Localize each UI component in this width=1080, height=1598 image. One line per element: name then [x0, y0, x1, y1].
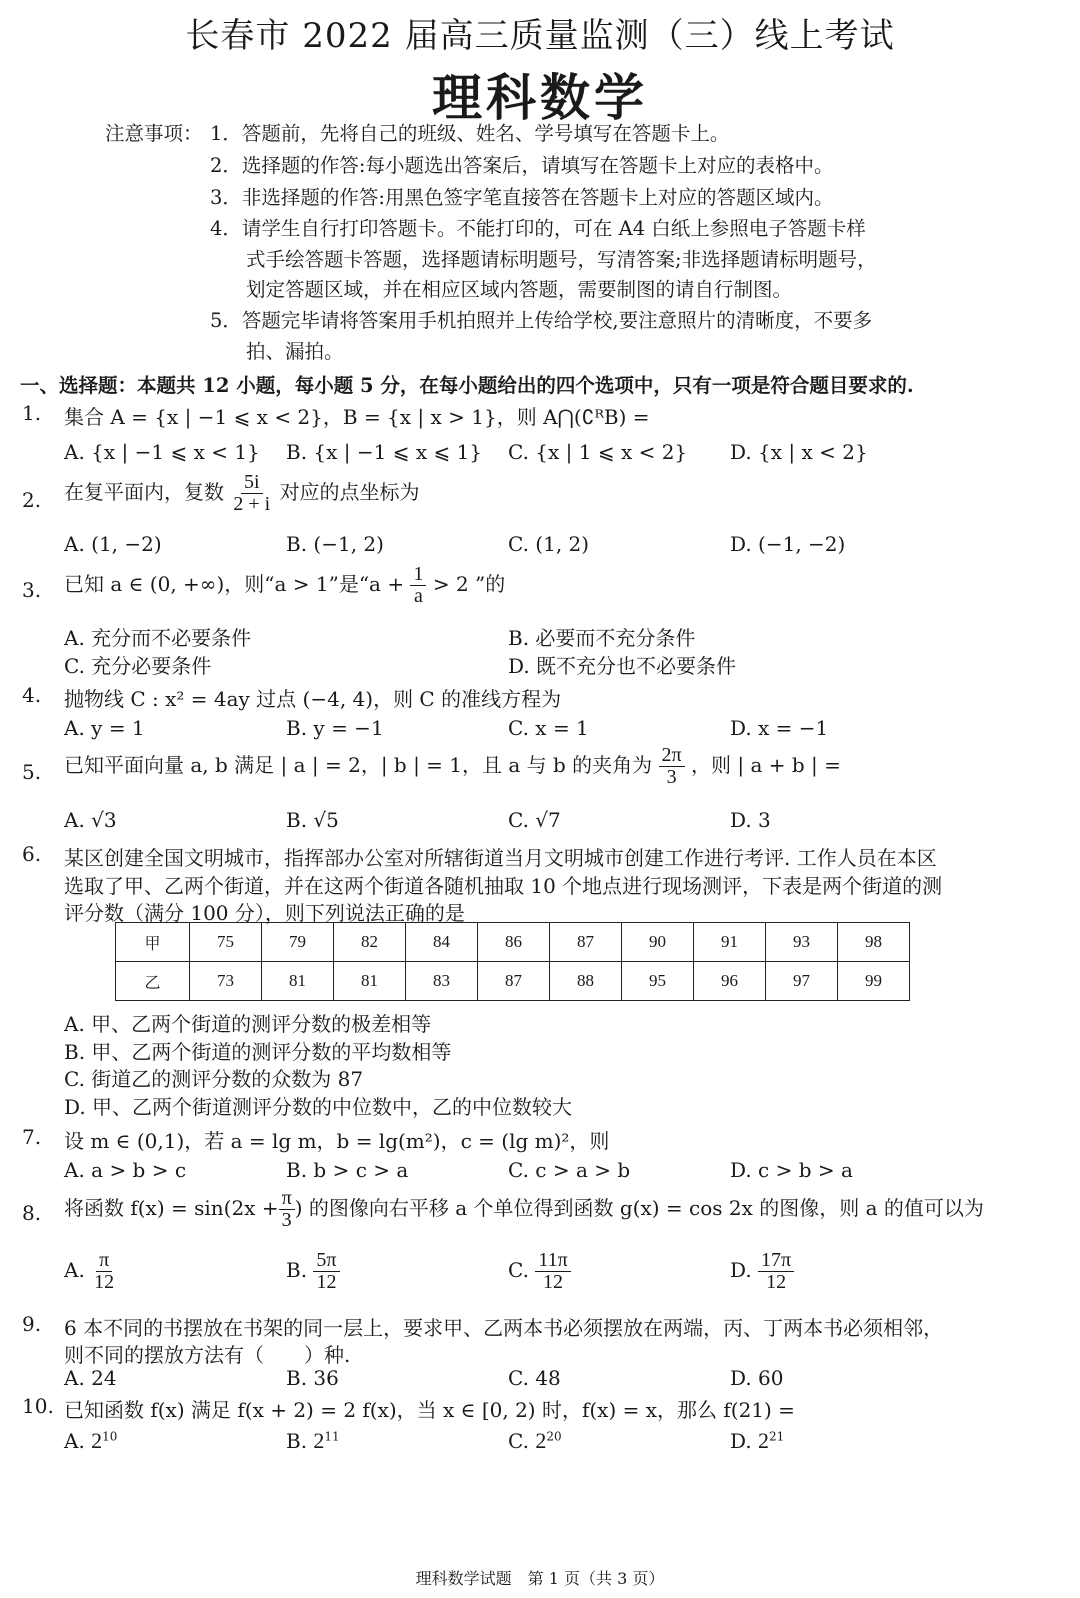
exam-title: 长春市 2022 届高三质量监测（三）线上考试	[0, 8, 1080, 57]
option-b[interactable]: B. b > c > a	[286, 1158, 408, 1182]
option-d[interactable]: D. 既不充分也不必要条件	[508, 650, 736, 679]
row-label: 乙	[116, 962, 190, 1001]
table-cell: 81	[334, 962, 406, 1001]
power-base: 2	[313, 1428, 324, 1453]
option-letter: D.	[730, 1429, 752, 1453]
question-stem-line: 6 本不同的书摆放在书架的同一层上，要求甲、乙两本书必须摆放在两端，丙、丁两本书…	[64, 1312, 943, 1341]
fraction-denominator: 2 + i	[230, 494, 273, 515]
table-cell: 90	[622, 923, 694, 962]
notice-item-4-cont-2: 划定答题区域，并在相应区域内答题，需要制图的请自行制图。	[246, 274, 792, 302]
option-d[interactable]: D. 221	[730, 1428, 784, 1454]
option-a[interactable]: A. 210	[64, 1428, 117, 1454]
question-stem: 已知 a ∈ (0, +∞)，则“a > 1”是“a + 1a > 2 ”的	[64, 564, 505, 607]
option-a[interactable]: A. 充分而不必要条件	[64, 622, 251, 651]
notice-item-4: 4．请学生自行打印答题卡。不能打印的，可在 A4 白纸上参照电子答题卡样	[210, 213, 866, 241]
table-cell: 96	[694, 962, 766, 1001]
option-c[interactable]: C. {x | 1 ⩽ x < 2}	[508, 440, 687, 464]
question-number: 3.	[22, 578, 41, 602]
table-cell: 75	[190, 923, 262, 962]
option-c[interactable]: C. 充分必要条件	[64, 650, 211, 679]
power-exponent: 20	[546, 1429, 561, 1443]
table-cell: 93	[766, 923, 838, 962]
stem-text: 将函数 f(x) = sin(2x +	[64, 1196, 279, 1220]
fraction-numerator: 11π	[535, 1250, 570, 1272]
stem-text: 对应的点坐标为	[280, 480, 420, 504]
option-a[interactable]: A. 24	[64, 1366, 117, 1390]
table-cell: 99	[838, 962, 910, 1001]
notice-item-1: 1．答题前，先将自己的班级、姓名、学号填写在答题卡上。	[210, 118, 729, 146]
stem-text: ，则 | a + b | =	[691, 753, 841, 777]
question-number: 6.	[22, 842, 41, 866]
power-exponent: 10	[102, 1429, 117, 1443]
table-cell: 88	[550, 962, 622, 1001]
question-number: 1.	[22, 401, 41, 425]
notice-item-5-cont: 拍、漏拍。	[246, 336, 344, 364]
option-c[interactable]: C. 48	[508, 1366, 561, 1390]
option-letter: B.	[286, 1429, 307, 1453]
table-cell: 98	[838, 923, 910, 962]
notice-item-4-cont-1: 式手绘答题卡答题，选择题请标明题号，写清答案;非选择题请标明题号，	[246, 244, 877, 272]
option-letter: D.	[730, 1258, 752, 1282]
option-b[interactable]: B. 211	[286, 1428, 340, 1454]
option-c[interactable]: C. (1, 2)	[508, 532, 589, 556]
question-stem: 设 m ∈ (0,1)，若 a = lg m，b = lg(m²)，c = (l…	[64, 1125, 609, 1154]
table-cell: 87	[478, 962, 550, 1001]
power-exponent: 11	[324, 1429, 339, 1443]
question-number: 8.	[22, 1201, 41, 1225]
question-stem: 已知平面向量 a, b 满足 | a | = 2，| b | = 1，且 a 与…	[64, 745, 841, 788]
question-stem: 抛物线 C : x² = 4ay 过点 (−4, 4)，则 C 的准线方程为	[64, 683, 561, 712]
fraction-numerator: 5i	[241, 472, 263, 494]
fraction: 17π12	[758, 1250, 794, 1293]
fraction-denominator: 12	[313, 1272, 339, 1293]
table-cell: 84	[406, 923, 478, 962]
option-d[interactable]: D. (−1, −2)	[730, 532, 845, 556]
question-number: 2.	[22, 488, 41, 512]
option-c[interactable]: C. √7	[508, 808, 561, 832]
table-cell: 82	[334, 923, 406, 962]
option-b[interactable]: B. √5	[286, 808, 339, 832]
notice-label: 注意事项：	[105, 118, 203, 146]
notice-item-2: 2．选择题的作答:每小题选出答案后，请填写在答题卡上对应的表格中。	[210, 150, 833, 178]
option-d[interactable]: D. 60	[730, 1366, 784, 1390]
fraction-numerator: 5π	[313, 1250, 339, 1272]
option-c[interactable]: C. 11π12	[508, 1250, 571, 1293]
option-d[interactable]: D. 甲、乙两个街道测评分数的中位数中，乙的中位数较大	[64, 1091, 572, 1120]
fraction-denominator: 12	[91, 1272, 117, 1293]
table-row: 乙 73 81 81 83 87 88 95 96 97 99	[116, 962, 910, 1001]
question-number: 5.	[22, 760, 41, 784]
power-base: 2	[535, 1428, 546, 1453]
question-number: 10.	[22, 1394, 54, 1418]
option-b[interactable]: B. 必要而不充分条件	[508, 622, 695, 651]
question-number: 4.	[22, 683, 41, 707]
option-d[interactable]: D. 3	[730, 808, 771, 832]
option-d[interactable]: D. x = −1	[730, 716, 828, 740]
option-a[interactable]: A. (1, −2)	[64, 532, 162, 556]
fraction: 5π12	[313, 1250, 339, 1293]
question-stem-line: 选取了甲、乙两个街道，并在这两个街道各随机抽取 10 个地点进行现场测评，下表是…	[64, 870, 942, 899]
table-cell: 86	[478, 923, 550, 962]
question-stem: 已知函数 f(x) 满足 f(x + 2) = 2 f(x)，当 x ∈ [0,…	[64, 1394, 795, 1423]
option-letter: C.	[508, 1429, 529, 1453]
option-b[interactable]: B. 5π12	[286, 1250, 340, 1293]
option-letter: A.	[64, 1258, 85, 1282]
table-cell: 87	[550, 923, 622, 962]
stem-text: > 2 ”的	[433, 572, 505, 596]
question-stem-line: 某区创建全国文明城市，指挥部办公室对所辖街道当月文明城市创建工作进行考评. 工作…	[64, 842, 937, 871]
option-d[interactable]: D. {x | x < 2}	[730, 440, 868, 464]
option-letter: C.	[508, 1258, 529, 1282]
option-a[interactable]: A. 甲、乙两个街道的测评分数的极差相等	[64, 1008, 431, 1037]
notice-item-3: 3．非选择题的作答:用黑色签字笔直接答在答题卡上对应的答题区域内。	[210, 182, 833, 210]
question-stem-line: 则不同的摆放方法有（ ）种.	[64, 1339, 350, 1368]
option-a[interactable]: A. y = 1	[64, 716, 145, 740]
fraction-numerator: 2π	[659, 745, 685, 767]
stem-text: ) 的图像向右平移 a 个单位得到函数 g(x) = cos 2x 的图像，则 …	[295, 1196, 984, 1220]
table-cell: 97	[766, 962, 838, 1001]
question-stem: 将函数 f(x) = sin(2x +π3) 的图像向右平移 a 个单位得到函数…	[64, 1188, 984, 1231]
table-cell: 83	[406, 962, 478, 1001]
question-number: 7.	[22, 1125, 41, 1149]
option-letter: B.	[286, 1258, 307, 1282]
option-d[interactable]: D. c > b > a	[730, 1158, 853, 1182]
fraction-denominator: 12	[763, 1272, 789, 1293]
fraction: 1a	[410, 564, 426, 607]
fraction-numerator: 17π	[758, 1250, 794, 1272]
table-row: 甲 75 79 82 84 86 87 90 91 93 98	[116, 923, 910, 962]
page-footer: 理科数学试题 第 1 页（共 3 页）	[0, 1566, 1080, 1589]
fraction-numerator: 1	[410, 564, 426, 586]
fraction-denominator: 3	[664, 767, 680, 788]
option-d[interactable]: D. 17π12	[730, 1250, 794, 1293]
power-exponent: 21	[769, 1429, 784, 1443]
fraction-numerator: π	[96, 1250, 112, 1272]
power-base: 2	[91, 1428, 102, 1453]
notice-item-5: 5．答题完毕请将答案用手机拍照并上传给学校,要注意照片的清晰度，不要多	[210, 305, 872, 333]
stem-text: 已知 a ∈ (0, +∞)，则“a > 1”是“a +	[64, 572, 404, 596]
option-b[interactable]: B. {x | −1 ⩽ x ⩽ 1}	[286, 440, 482, 464]
fraction: 11π12	[535, 1250, 570, 1293]
fraction-numerator: π	[279, 1188, 295, 1210]
table-cell: 91	[694, 923, 766, 962]
option-b[interactable]: B. (−1, 2)	[286, 532, 384, 556]
option-b[interactable]: B. y = −1	[286, 716, 384, 740]
fraction-denominator: 12	[540, 1272, 566, 1293]
fraction-denominator: a	[411, 586, 426, 607]
stem-text: 已知平面向量 a, b 满足 | a | = 2，| b | = 1，且 a 与…	[64, 753, 652, 777]
option-b[interactable]: B. 36	[286, 1366, 339, 1390]
option-b[interactable]: B. 甲、乙两个街道的测评分数的平均数相等	[64, 1036, 451, 1065]
option-a[interactable]: A. π12	[64, 1250, 117, 1293]
power-base: 2	[758, 1428, 769, 1453]
option-c[interactable]: C. c > a > b	[508, 1158, 630, 1182]
option-c[interactable]: C. x = 1	[508, 716, 589, 740]
score-table: 甲 75 79 82 84 86 87 90 91 93 98 乙 73 81 …	[115, 922, 910, 1001]
table-cell: 81	[262, 962, 334, 1001]
section-heading: 一、选择题：本题共 12 小题，每小题 5 分，在每小题给出的四个选项中，只有一…	[20, 370, 914, 398]
option-a[interactable]: A. {x | −1 ⩽ x < 1}	[64, 440, 260, 464]
question-stem: 集合 A = {x | −1 ⩽ x < 2}，B = {x | x > 1}，…	[64, 401, 650, 430]
option-c[interactable]: C. 220	[508, 1428, 562, 1454]
stem-text: 在复平面内，复数	[64, 480, 224, 504]
fraction-denominator: 3	[279, 1210, 295, 1231]
option-letter: A.	[64, 1429, 85, 1453]
option-a[interactable]: A. √3	[64, 808, 117, 832]
table-cell: 95	[622, 962, 694, 1001]
question-stem: 在复平面内，复数 5i2 + i 对应的点坐标为	[64, 472, 420, 515]
fraction: π3	[279, 1188, 295, 1231]
row-label: 甲	[116, 923, 190, 962]
question-number: 9.	[22, 1312, 41, 1336]
table-cell: 79	[262, 923, 334, 962]
option-c[interactable]: C. 街道乙的测评分数的众数为 87	[64, 1063, 363, 1092]
table-cell: 73	[190, 962, 262, 1001]
fraction: 2π3	[659, 745, 685, 788]
option-a[interactable]: A. a > b > c	[64, 1158, 186, 1182]
fraction: 5i2 + i	[230, 472, 273, 515]
fraction: π12	[91, 1250, 117, 1293]
